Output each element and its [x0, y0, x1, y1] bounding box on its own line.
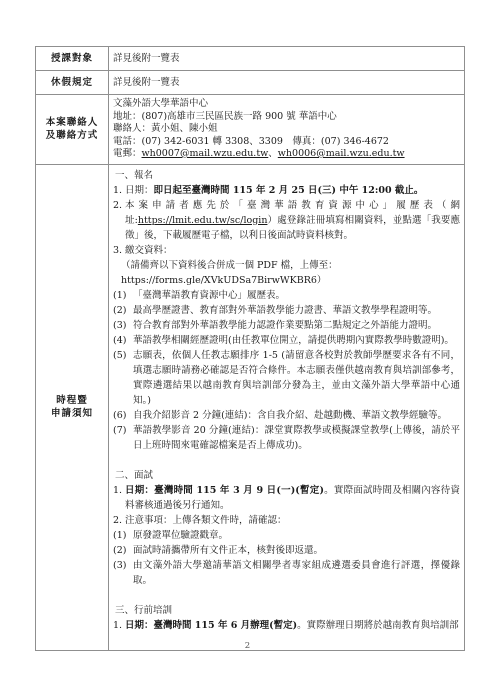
section-heading: 二、面試 — [115, 468, 460, 483]
row-label: 休假規定 — [36, 71, 109, 95]
item-text: 本案申請者應先於「臺灣華語教育資源中心」履歷表（網址:https://lmit.… — [125, 198, 460, 243]
row-label-line: 時程暨 — [39, 394, 105, 407]
contact-line: 電郵：wh0007@mail.wzu.edu.tw、wh0006@mail.wz… — [113, 148, 460, 161]
item-text: 原發證單位驗證戳章。 — [133, 528, 460, 543]
table-row-teaching-target: 授課對象 詳見後附一覽表 — [36, 47, 465, 71]
text-run: 地址：(807)高雄市三民區民族一路 900 號 華語中心 — [113, 111, 337, 122]
text-run: 「臺灣華語教育資源中心」履歷表。 — [133, 290, 285, 301]
section-heading: 三、行前培訓 — [115, 603, 460, 618]
item-text: （請備齊以下資料後合併成一個 PDF 檔，上傳至： — [121, 260, 338, 271]
item-number: (5) — [113, 348, 133, 408]
info-table: 授課對象 詳見後附一覽表 休假規定 詳見後附一覽表 本案聯絡人 及聯絡方式 文藻… — [35, 46, 465, 651]
item-number: (2) — [113, 543, 133, 558]
text-run: 自我介紹影音 2 分鐘(連結)：含自我介紹、赴越動機、華語文教學經驗等。 — [133, 410, 447, 421]
item-number: (7) — [113, 423, 133, 453]
item-number: 1. — [113, 618, 125, 633]
content-line: 2.本案申請者應先於「臺灣華語教育資源中心」履歷表（網址:https://lmi… — [113, 198, 460, 243]
content-line: (3)符合教育部對外華語教學能力認證作業要點第二點規定之外語能力證明。 — [113, 318, 460, 333]
text-run: （請備齊以下資料後合併成一個 PDF 檔，上傳至： — [121, 260, 338, 271]
content-line: （請備齊以下資料後合併成一個 PDF 檔，上傳至： — [121, 258, 460, 273]
row-value: 詳見後附一覽表 — [109, 71, 465, 95]
page-number: 2 — [0, 641, 495, 651]
item-text: 華語教學影音 20 分鐘(連結)：課堂實際教學或模擬課堂教學(上傳後，請於平日上… — [133, 423, 460, 453]
item-text: 華語教學相關經歷證明(由任教單位開立，請提供聘期內實際教學時數證明)。 — [133, 333, 460, 348]
text-run: 原發證單位驗證戳章。 — [133, 530, 228, 541]
row-label-line: 及聯絡方式 — [39, 129, 105, 142]
content-line: (3)由文藻外語大學邀請華語文相關學者專家組成遴選委員會進行評選，擇優錄取。 — [113, 558, 460, 588]
text-run: 符合教育部對外華語教學能力認證作業要點第二點規定之外語能力證明。 — [133, 320, 437, 331]
content-line: 1.日期：即日起至臺灣時間 115 年 2 月 25 日(三) 中午 12:00… — [113, 183, 460, 198]
contact-block: 文藻外語大學華語中心地址：(807)高雄市三民區民族一路 900 號 華語中心聯… — [109, 95, 465, 165]
content-line: 3.繳交資料： — [113, 243, 460, 258]
item-number: (1) — [113, 288, 133, 303]
contact-line: 地址：(807)高雄市三民區民族一路 900 號 華語中心 — [113, 111, 460, 124]
item-number: (3) — [113, 558, 133, 588]
line-spacer — [113, 453, 460, 468]
item-text: 自我介紹影音 2 分鐘(連結)：含自我介紹、赴越動機、華語文教學經驗等。 — [133, 408, 460, 423]
content-line: (5)志願表，依個人任教志願排序 1-5 (請留意各校對於教師學歷要求各有不同，… — [113, 348, 460, 408]
document-page: 授課對象 詳見後附一覽表 休假規定 詳見後附一覽表 本案聯絡人 及聯絡方式 文藻… — [0, 0, 495, 700]
link-text[interactable]: wh0006@mail.wzu.edu.tw — [278, 148, 405, 159]
text-run: 、 — [268, 148, 278, 159]
text-run: 繳交資料： — [125, 245, 173, 256]
content-line: (4)華語教學相關經歷證明(由任教單位開立，請提供聘期內實際教學時數證明)。 — [113, 333, 460, 348]
content-line: (6)自我介紹影音 2 分鐘(連結)：含自我介紹、赴越動機、華語文教學經驗等。 — [113, 408, 460, 423]
text-run: 電郵： — [113, 148, 142, 159]
row-label: 授課對象 — [36, 47, 109, 71]
content-line: (7)華語教學影音 20 分鐘(連結)：課堂實際教學或模擬課堂教學(上傳後，請於… — [113, 423, 460, 453]
text-run: 日期： — [125, 185, 154, 196]
item-text: 日期：臺灣時間 115 年 6 月辦理(暫定)。實際辦理日期將於越南教育與培訓部 — [125, 618, 460, 633]
contact-line: 聯絡人：黃小姐、陳小姐 — [113, 123, 460, 136]
content-line: (1)「臺灣華語教育資源中心」履歷表。 — [113, 288, 460, 303]
text-run: 。實際辦理日期將於越南教育與培訓部 — [297, 620, 459, 631]
item-number: 1. — [113, 183, 125, 198]
content-line: 1.日期：臺灣時間 115 年 6 月辦理(暫定)。實際辦理日期將於越南教育與培… — [113, 618, 460, 633]
item-text: 志願表，依個人任教志願排序 1-5 (請留意各校對於教師學歷要求各有不同，填選志… — [133, 348, 460, 408]
link-text[interactable]: https://lmit.edu.tw/sc/login — [138, 215, 268, 226]
row-label: 本案聯絡人 及聯絡方式 — [36, 95, 109, 165]
item-text: 日期：即日起至臺灣時間 115 年 2 月 25 日(三) 中午 12:00 截… — [125, 183, 460, 198]
table-row-vacation-rules: 休假規定 詳見後附一覽表 — [36, 71, 465, 95]
content-line: 1.日期：臺灣時間 115 年 3 月 9 日(一)(暫定)。實際面試時間及相關… — [113, 483, 460, 513]
item-number: (2) — [113, 303, 133, 318]
text-run: 面試時請攜帶所有文件正本，核對後即返還。 — [133, 545, 323, 556]
row-value: 詳見後附一覽表 — [109, 47, 465, 71]
item-number: (1) — [113, 528, 133, 543]
item-number: (3) — [113, 318, 133, 333]
table-row-schedule: 時程暨 申請須知 一、報名1.日期：即日起至臺灣時間 115 年 2 月 25 … — [36, 164, 465, 650]
item-number: (4) — [113, 333, 133, 348]
content-line: (1)原發證單位驗證戳章。 — [113, 528, 460, 543]
text-run: 電話：(07) 342-6031 轉 3308、3309 傳真：(07) 346… — [113, 136, 389, 147]
contact-line: 文藻外語大學華語中心 — [113, 98, 460, 111]
text-run: 注意事項：上傳各類文件時，請確認： — [125, 515, 287, 526]
item-text: 日期：臺灣時間 115 年 3 月 9 日(一)(暫定)。實際面試時間及相關內容… — [125, 483, 460, 513]
row-label-line: 本案聯絡人 — [39, 116, 105, 129]
table-row-contact: 本案聯絡人 及聯絡方式 文藻外語大學華語中心地址：(807)高雄市三民區民族一路… — [36, 95, 465, 165]
item-number: 3. — [113, 243, 125, 258]
schedule-content: 一、報名1.日期：即日起至臺灣時間 115 年 2 月 25 日(三) 中午 1… — [113, 168, 460, 633]
text-run: 由文藻外語大學邀請華語文相關學者專家組成遴選委員會進行評選，擇優錄取。 — [133, 560, 460, 586]
content-line: (2)面試時請攜帶所有文件正本，核對後即返還。 — [113, 543, 460, 558]
line-spacer — [113, 588, 460, 603]
text-run: 文藻外語大學華語中心 — [113, 98, 208, 109]
content-line: (2)最高學歷證書、教育部對外華語教學能力證書、華語文教學學程證明等。 — [113, 303, 460, 318]
text-run: 華語教學相關經歷證明(由任教單位開立，請提供聘期內實際教學時數證明)。 — [133, 335, 454, 346]
link-text[interactable]: wh0007@mail.wzu.edu.tw — [142, 148, 269, 159]
item-text: 符合教育部對外華語教學能力認證作業要點第二點規定之外語能力證明。 — [133, 318, 460, 333]
text-run: https://forms.gle/XVkUDSa7BirwWKBR6） — [121, 275, 326, 286]
text-run: 即日起至臺灣時間 115 年 2 月 25 日(三) 中午 12:00 截止。 — [154, 185, 424, 196]
item-text: 注意事項：上傳各類文件時，請確認： — [125, 513, 460, 528]
contact-line: 電話：(07) 342-6031 轉 3308、3309 傳真：(07) 346… — [113, 136, 460, 149]
item-text: 由文藻外語大學邀請華語文相關學者專家組成遴選委員會進行評選，擇優錄取。 — [133, 558, 460, 588]
item-number: 2. — [113, 198, 125, 243]
text-run: 最高學歷證書、教育部對外華語教學能力證書、華語文教學學程證明等。 — [133, 305, 437, 316]
text-run: 聯絡人：黃小姐、陳小姐 — [113, 123, 218, 134]
item-text: https://forms.gle/XVkUDSa7BirwWKBR6） — [121, 275, 326, 286]
item-number: 2. — [113, 513, 125, 528]
content-line: https://forms.gle/XVkUDSa7BirwWKBR6） — [121, 273, 460, 288]
item-number: 1. — [113, 483, 125, 513]
row-label-line: 申請須知 — [39, 407, 105, 420]
content-line: 2.注意事項：上傳各類文件時，請確認： — [113, 513, 460, 528]
text-run: 日期：臺灣時間 115 年 6 月辦理(暫定) — [125, 620, 297, 631]
text-run: 華語教學影音 20 分鐘(連結)：課堂實際教學或模擬課堂教學(上傳後，請於平日上… — [133, 425, 460, 451]
text-run: 志願表，依個人任教志願排序 1-5 (請留意各校對於教師學歷要求各有不同，填選志… — [133, 350, 460, 406]
row-label: 時程暨 申請須知 — [36, 164, 109, 650]
text-run: 日期：臺灣時間 115 年 3 月 9 日(一)(暫定) — [125, 485, 324, 496]
item-number: (6) — [113, 408, 133, 423]
section-heading: 一、報名 — [115, 168, 460, 183]
item-text: 「臺灣華語教育資源中心」履歷表。 — [133, 288, 460, 303]
item-text: 最高學歷證書、教育部對外華語教學能力證書、華語文教學學程證明等。 — [133, 303, 460, 318]
item-text: 面試時請攜帶所有文件正本，核對後即返還。 — [133, 543, 460, 558]
item-text: 繳交資料： — [125, 243, 460, 258]
